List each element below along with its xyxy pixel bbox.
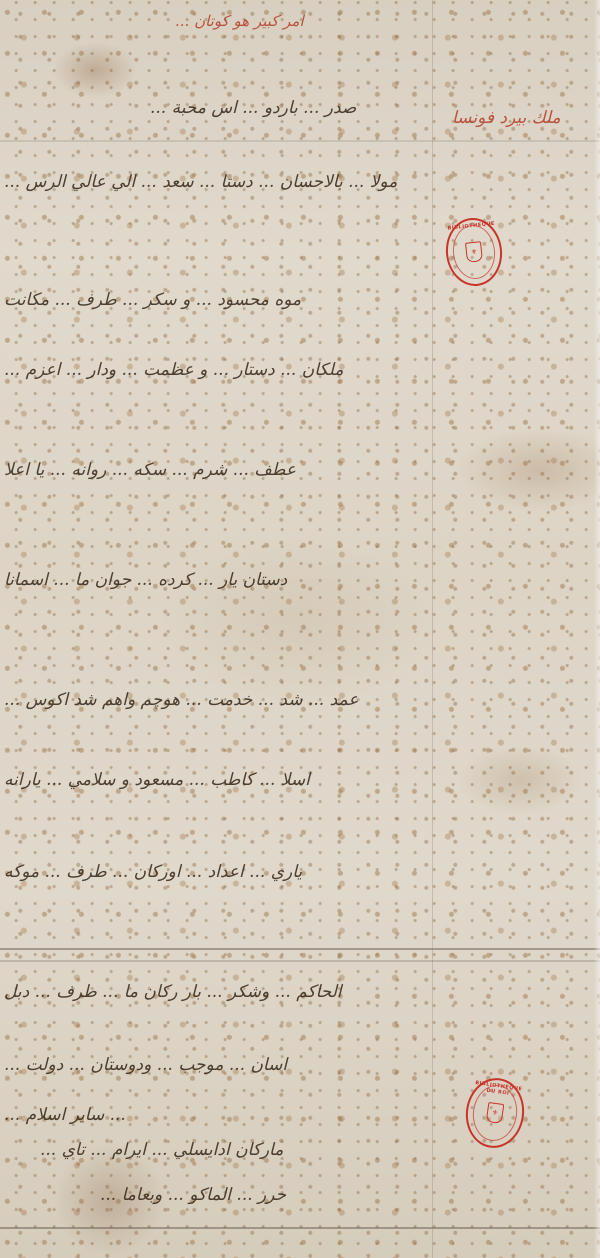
margin-crease [432, 0, 433, 1258]
text-line: ماركان ادايسلي ... ايرام ... تاي ... [40, 1140, 283, 1160]
fold-line [0, 960, 600, 962]
text-line: ... ساير اسلام ... [4, 1105, 126, 1125]
paper-edge [594, 0, 600, 1258]
text-line: حرر ... الماكو ... وبعاما ... [100, 1185, 286, 1205]
top-rubric: امر كبير هو كوتان ... [175, 12, 304, 30]
text-line: الحاكم ... وشكر ... بار ركان ما ... طرف … [4, 982, 342, 1002]
margin-rubric: ملك بيرد فونسا [452, 108, 561, 128]
fleur-de-lis-icon: ⚜ [486, 1102, 505, 1124]
text-line: اسان ... موجب ... ودوستان ... دولت ... [4, 1055, 287, 1075]
text-line: ملكان ... دستار ... و عظمت ... ودار ... … [4, 360, 344, 380]
fold-line [0, 1227, 600, 1229]
text-line: عمد ... شد ... خدمت ... هوچم واهم شد اكو… [4, 690, 358, 710]
text-line: عطف ... شرم ... سكه ... روانه ... يا اعل… [4, 460, 296, 480]
text-line: مولا ... بالاحسان ... دستا ... سعد ... ا… [4, 172, 397, 192]
text-line: دستان يار ... كرده ... جوان ما ... اسمان… [4, 570, 287, 590]
fold-line [0, 140, 600, 142]
text-line: ياري ... اعداد ... اوركان ... طرف ... مو… [4, 862, 302, 882]
fold-line [0, 948, 600, 950]
text-line: موه محسود ... و سكر ... طرف ... مكانت [4, 290, 301, 310]
text-line: اسلا ... كاطب ... مسعود و سلامي ... يارا… [4, 770, 310, 790]
text-line: صدر ... باردو ... اس محبة ... [150, 98, 356, 118]
fleur-de-lis-icon: ⚜ [465, 241, 483, 263]
manuscript-sheet: امر كبير هو كوتان ... ملك بيرد فونسا صدر… [0, 0, 600, 1258]
